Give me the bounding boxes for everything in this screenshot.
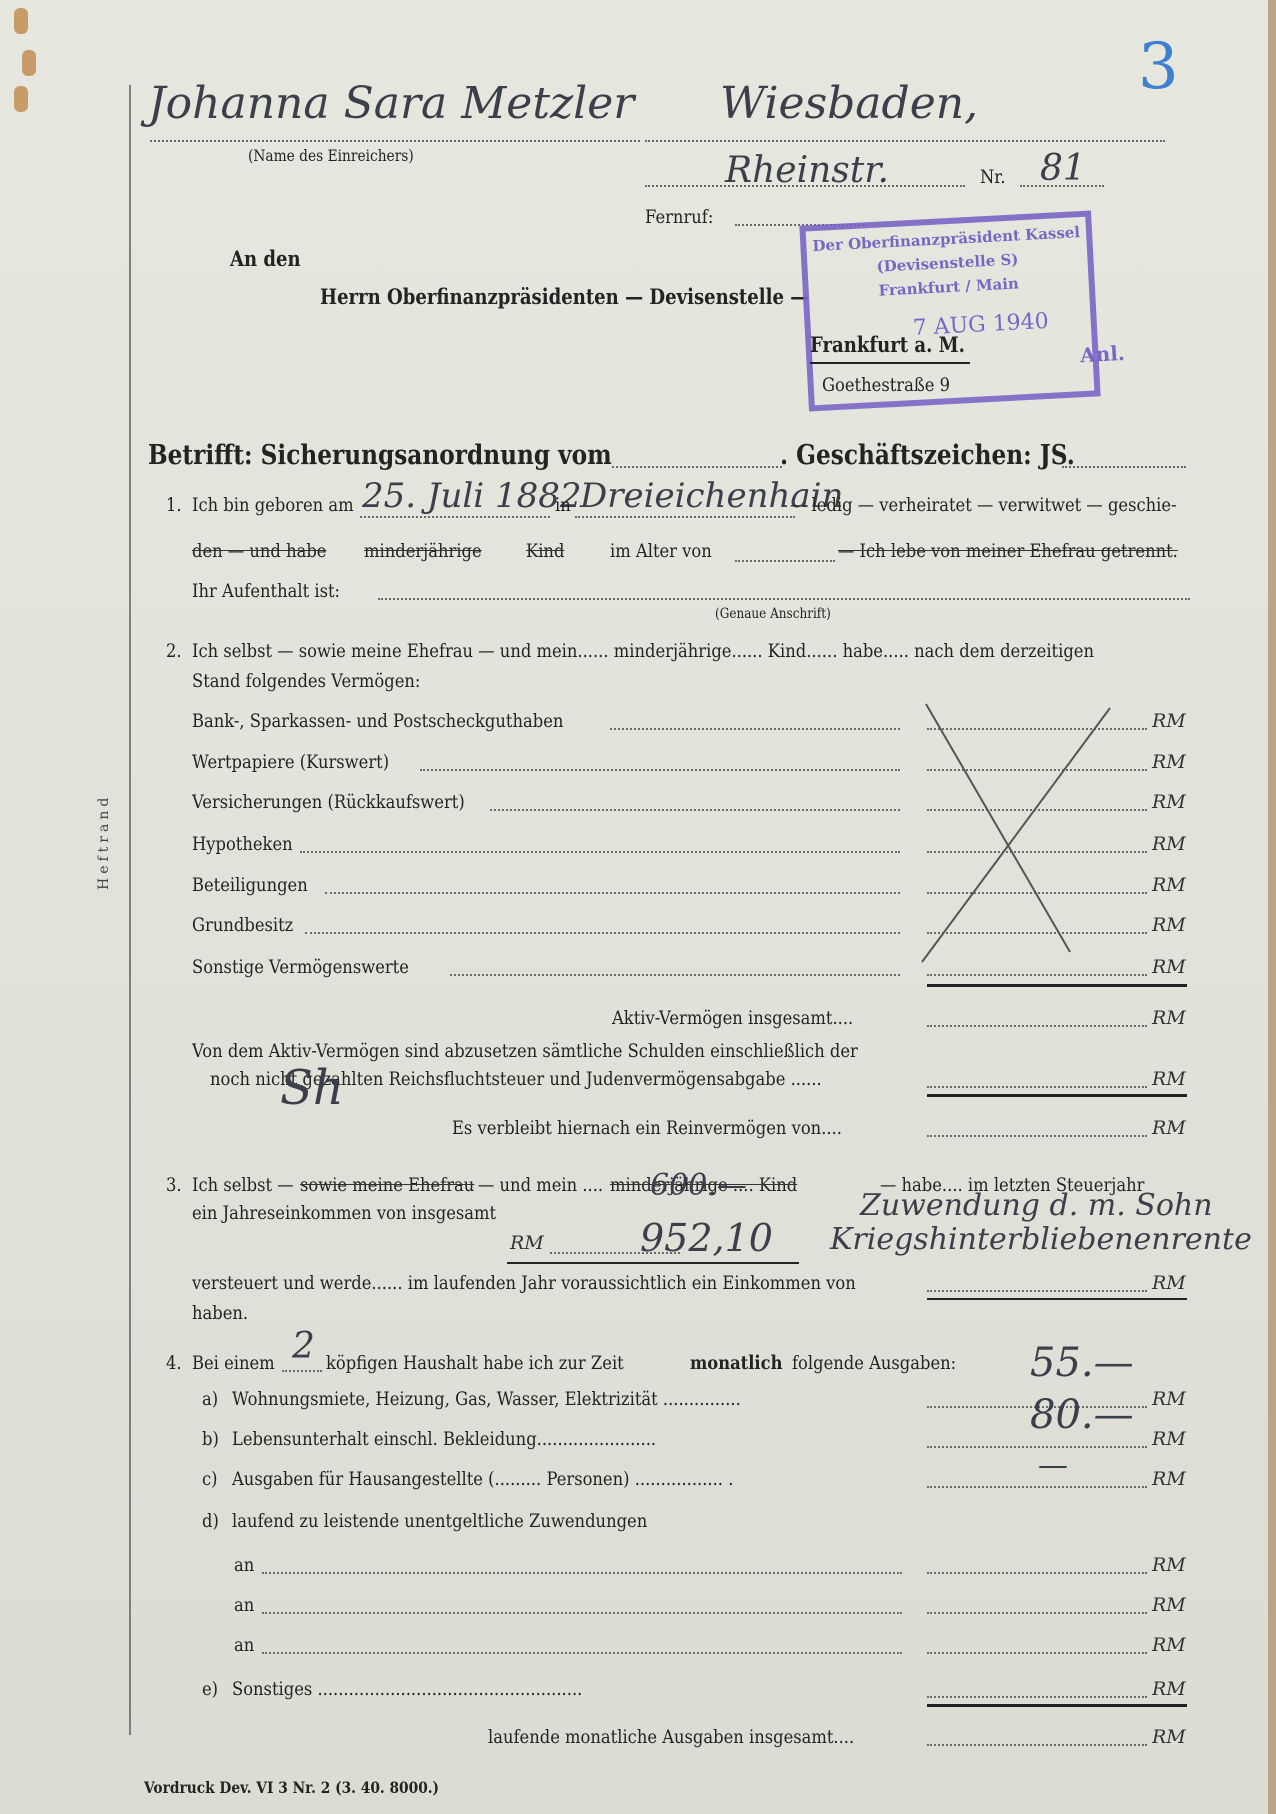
deduction-text-1: Von dem Aktiv-Vermögen sind abzusetzen s… <box>192 1040 858 1062</box>
monthly-total-label: laufende monatliche Ausgaben insgesamt..… <box>488 1726 854 1748</box>
asset-leader <box>325 892 900 894</box>
asset-leader <box>300 851 900 853</box>
expense-value-field[interactable] <box>927 1486 1147 1488</box>
recipient-line-2: Herrn Oberfinanzpräsidenten — Devisenste… <box>320 284 808 309</box>
expense-label: Ausgaben für Hausangestellte (......... … <box>232 1468 733 1490</box>
household-intro-c: folgende Ausgaben: <box>792 1352 956 1374</box>
currency-label: RM <box>1152 1726 1186 1748</box>
born-date: 25. Juli 1882 <box>362 476 582 516</box>
total-assets-label: Aktiv-Vermögen insgesamt.... <box>612 1007 853 1029</box>
currency-label: RM <box>1152 1388 1186 1410</box>
expense-value: — <box>1038 1448 1068 1483</box>
deduction-rule <box>927 1094 1187 1097</box>
street-line <box>645 185 965 187</box>
income-intro-a: Ich selbst — <box>192 1174 294 1196</box>
page-number: 3 <box>1138 30 1179 104</box>
currency-label: RM <box>1152 1428 1186 1450</box>
expected-income-text-2: haben. <box>192 1302 248 1324</box>
asset-label: Beteiligungen <box>192 874 308 896</box>
asset-subtotal-rule <box>927 984 1187 987</box>
form-footer: Vordruck Dev. VI 3 Nr. 2 (3. 40. 8000.) <box>144 1778 439 1797</box>
income-amount-top: 600.— <box>650 1168 747 1203</box>
asset-label: Grundbesitz <box>192 914 293 936</box>
other-rule <box>927 1704 1187 1707</box>
expense-value: 80.— <box>1030 1392 1134 1438</box>
recipient-street: Goethestraße 9 <box>822 374 950 396</box>
residence-caption: (Genaue Anschrift) <box>715 606 831 622</box>
expense-value-field[interactable] <box>927 1446 1147 1448</box>
residence-label: Ihr Aufenthalt ist: <box>192 580 340 602</box>
children-phrase: den — und habe <box>192 540 326 562</box>
annual-income-rule <box>507 1262 799 1264</box>
residence-field[interactable] <box>378 598 1190 600</box>
asset-label: Bank-, Sparkassen- und Postscheckguthabe… <box>192 710 563 732</box>
expense-label: Lebensunterhalt einschl. Bekleidung.....… <box>232 1428 656 1450</box>
other-key: e) <box>202 1678 218 1700</box>
age-label: im Alter von <box>610 540 712 562</box>
applicant-name: Johanna Sara Metzler <box>148 78 634 129</box>
age-field[interactable] <box>735 560 835 562</box>
currency-label: RM <box>1152 1634 1186 1656</box>
house-number-line <box>1020 185 1104 187</box>
currency-label: RM <box>510 1232 544 1254</box>
currency-label: RM <box>1152 1468 1186 1490</box>
reference-label: . Geschäftszeichen: JS. <box>780 440 1075 471</box>
city-line <box>645 140 1165 142</box>
recipient-field[interactable] <box>262 1652 902 1654</box>
assets-intro-2: Stand folgendes Vermögen: <box>192 670 420 692</box>
punch-hole-mark <box>14 8 28 34</box>
cross-out-mark <box>920 700 1120 970</box>
recipient-amount-field[interactable] <box>927 1612 1147 1614</box>
household-intro-b: köpfigen Haushalt habe ich zur Zeit <box>326 1352 624 1374</box>
monthly-total-field[interactable] <box>927 1744 1147 1746</box>
recipient-field[interactable] <box>262 1612 902 1614</box>
expected-income-rule <box>927 1298 1187 1300</box>
separated-phrase: — Ich lebe von meiner Ehefrau getrennt. <box>838 540 1178 562</box>
household-size: 2 <box>292 1326 315 1367</box>
child-label: Kind <box>526 540 564 562</box>
order-date-field[interactable] <box>612 466 782 468</box>
asset-leader <box>610 728 900 730</box>
asset-label: Wertpapiere (Kurswert) <box>192 751 389 773</box>
currency-label: RM <box>1152 751 1186 773</box>
currency-label: RM <box>1152 1007 1186 1029</box>
asset-leader <box>450 974 900 976</box>
asset-label: Versicherungen (Rückkaufswert) <box>192 791 465 813</box>
subject-label: Betrifft: Sicherungsanordnung vom <box>148 440 612 471</box>
currency-label: RM <box>1152 874 1186 896</box>
currency-label: RM <box>1152 710 1186 732</box>
applicant-city: Wiesbaden, <box>720 78 978 129</box>
expense-key: b) <box>202 1428 219 1450</box>
currency-label: RM <box>1152 1117 1186 1139</box>
expected-income-field[interactable] <box>927 1290 1147 1292</box>
house-number-label: Nr. <box>980 166 1006 188</box>
household-intro-bold: monatlich <box>690 1352 782 1374</box>
born-label: Ich bin geboren am <box>192 494 354 516</box>
recipient-amount-field[interactable] <box>927 1572 1147 1574</box>
marital-status-options: — ledig — verheiratet — verwitwet — gesc… <box>790 494 1177 516</box>
income-intro-2: ein Jahreseinkommen von insgesamt <box>192 1202 496 1224</box>
asset-leader <box>420 769 900 771</box>
currency-label: RM <box>1152 791 1186 813</box>
expense-label: laufend zu leistende unentgeltliche Zuwe… <box>232 1510 647 1532</box>
expense-key: c) <box>202 1468 218 1490</box>
minor-label: minderjährige <box>364 540 482 562</box>
name-caption: (Name des Einreichers) <box>248 146 414 165</box>
deduction-field[interactable] <box>927 1086 1147 1088</box>
margin-label: Heftrand <box>96 794 112 890</box>
currency-label: RM <box>1152 956 1186 978</box>
household-size-field[interactable] <box>282 1370 322 1372</box>
annual-income: 952,10 <box>640 1216 773 1260</box>
name-line <box>150 140 640 142</box>
currency-label: RM <box>1152 914 1186 936</box>
expense-key: d) <box>202 1510 219 1532</box>
punch-hole-mark <box>14 86 28 112</box>
asset-leader <box>490 809 900 811</box>
net-assets-label: Es verbleibt hiernach ein Reinvermögen v… <box>452 1117 842 1139</box>
other-field[interactable] <box>927 1696 1147 1698</box>
born-place-line[interactable] <box>575 516 795 518</box>
asset-leader <box>305 932 900 934</box>
recipient-city: Frankfurt a. M. <box>810 332 965 357</box>
currency-label: RM <box>1152 1554 1186 1576</box>
total-assets-field[interactable] <box>927 1025 1147 1027</box>
expected-income-text: versteuert und werde...... im laufenden … <box>192 1272 856 1294</box>
phone-label: Fernruf: <box>645 206 713 228</box>
asset-label: Hypotheken <box>192 833 293 855</box>
household-intro-a: Bei einem <box>192 1352 275 1374</box>
section-4-number: 4. <box>166 1352 182 1374</box>
income-note-2: Kriegshinterbliebenenrente <box>830 1222 1252 1257</box>
assets-intro: Ich selbst — sowie meine Ehefrau — und m… <box>192 640 1094 662</box>
currency-label: RM <box>1152 1272 1186 1294</box>
other-label: Sonstiges ..............................… <box>232 1678 582 1700</box>
recipient-line-1: An den <box>230 246 301 271</box>
income-intro-b: sowie meine Ehefrau <box>300 1174 474 1196</box>
punch-hole-mark <box>22 50 36 76</box>
currency-label: RM <box>1152 1068 1186 1090</box>
recipient-label: an <box>234 1594 254 1616</box>
paper-edge <box>1268 0 1276 1814</box>
income-intro-c: — und mein .... <box>478 1174 603 1196</box>
expense-key: a) <box>202 1388 218 1410</box>
expense-label: Wohnungsmiete, Heizung, Gas, Wasser, Ele… <box>232 1388 741 1410</box>
in-label: in <box>555 494 571 516</box>
reference-field[interactable] <box>1062 466 1186 468</box>
recipient-label: an <box>234 1554 254 1576</box>
recipient-field[interactable] <box>262 1572 902 1574</box>
recipient-label: an <box>234 1634 254 1656</box>
net-assets-field[interactable] <box>927 1135 1147 1137</box>
recipient-amount-field[interactable] <box>927 1652 1147 1654</box>
margin-rule <box>129 85 131 1735</box>
section-3-number: 3. <box>166 1174 182 1196</box>
currency-label: RM <box>1152 1678 1186 1700</box>
currency-label: RM <box>1152 833 1186 855</box>
expense-value: 55.— <box>1030 1340 1134 1386</box>
initials: Sh <box>280 1060 344 1116</box>
section-1-number: 1. <box>166 494 182 516</box>
recipient-city-underline <box>810 362 970 364</box>
income-note-1: Zuwendung d. m. Sohn <box>860 1188 1213 1223</box>
house-number: 81 <box>1040 148 1086 189</box>
section-2-number: 2. <box>166 640 182 662</box>
asset-label: Sonstige Vermögenswerte <box>192 956 409 978</box>
born-date-line[interactable] <box>360 516 550 518</box>
asset-value-field[interactable] <box>927 974 1147 976</box>
currency-label: RM <box>1152 1594 1186 1616</box>
